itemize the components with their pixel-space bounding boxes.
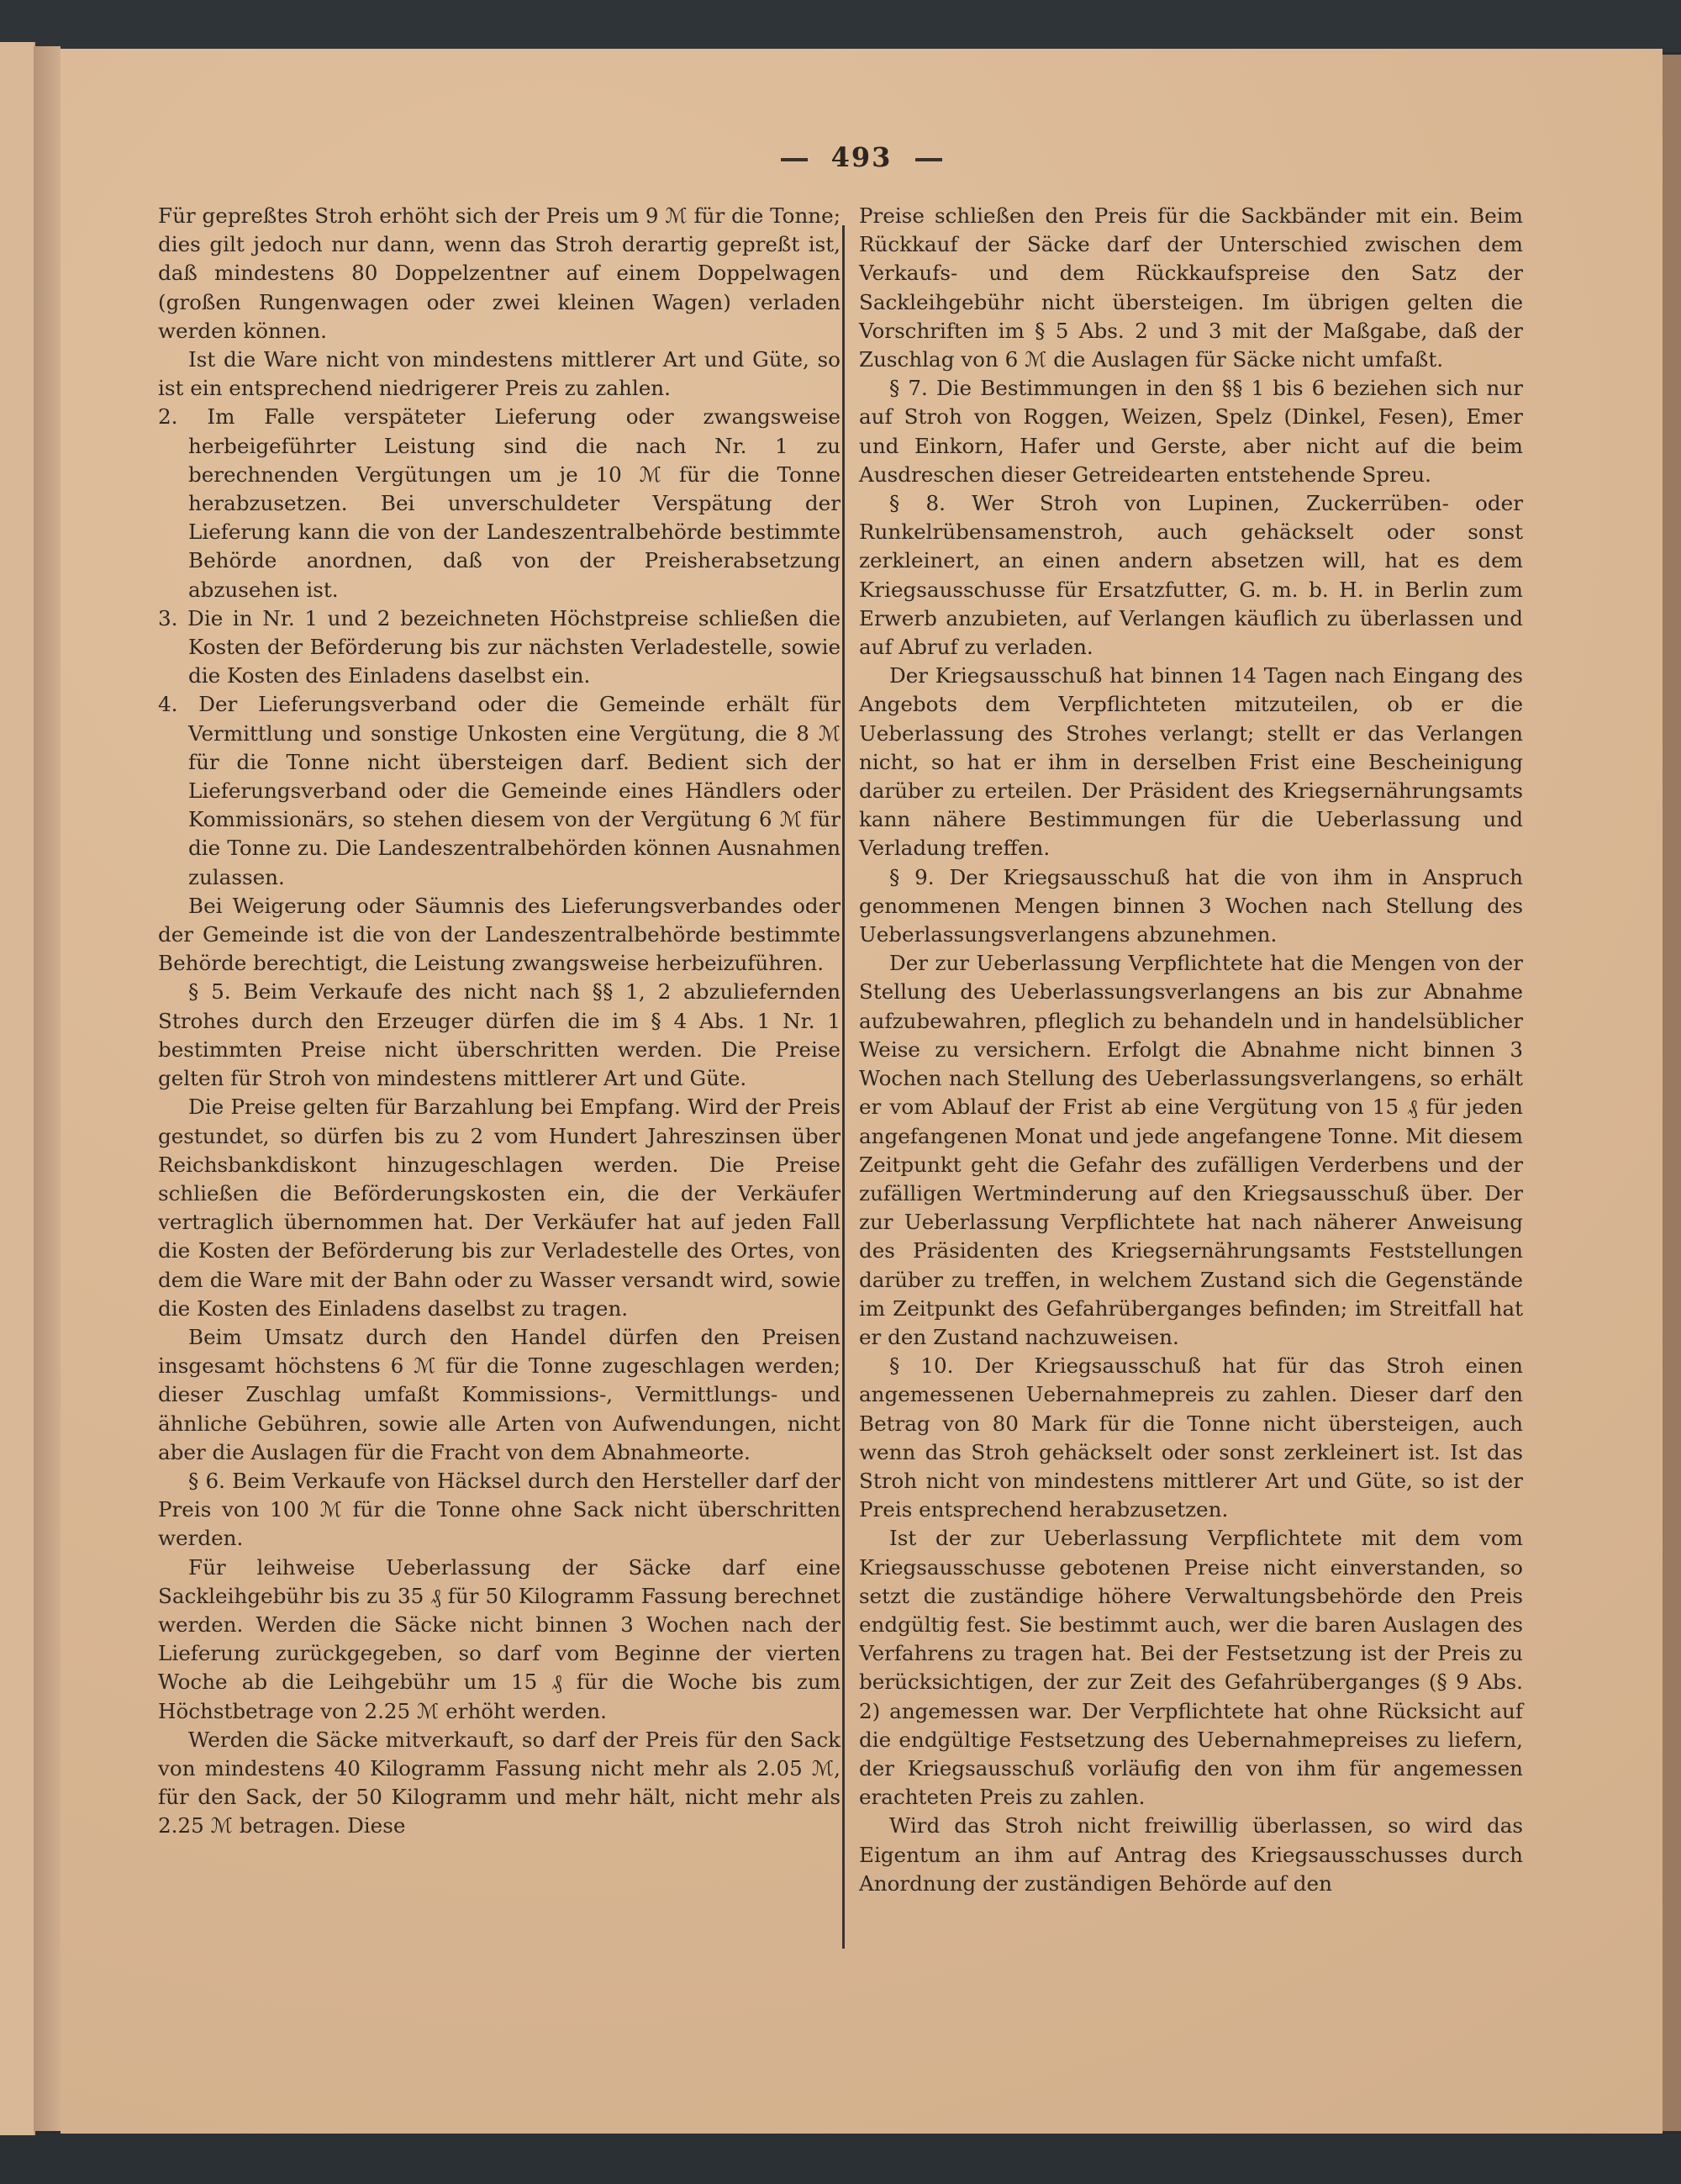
paragraph: Für gepreßtes Stroh erhöht sich der Prei…: [158, 202, 840, 346]
paragraph: Werden die Säcke mitverkauft, so darf de…: [158, 1726, 840, 1841]
section-6: § 6. Beim Verkaufe von Häcksel durch den…: [158, 1467, 840, 1554]
right-column: Preise schließen den Preis für die Sackb…: [859, 202, 1523, 1898]
list-item-4: 4. Der Lieferungsverband oder die Gemein…: [158, 690, 840, 891]
book-cover-top: [0, 0, 1681, 52]
page-number: 493: [831, 141, 893, 173]
book-cover-bottom: [0, 2134, 1681, 2184]
paragraph: Der zur Ueberlassung Verpflichtete hat d…: [859, 949, 1523, 1352]
paragraph: Beim Umsatz durch den Handel dürfen den …: [158, 1323, 840, 1467]
dash-left: [781, 158, 808, 161]
paragraph: Bei Weigerung oder Säumnis des Lieferung…: [158, 892, 840, 979]
section-10: § 10. Der Kriegsausschuß hat für das Str…: [859, 1352, 1523, 1524]
gutter-shadow: [34, 46, 61, 2131]
dash-right: [915, 158, 942, 161]
paragraph: Ist die Ware nicht von mindestens mittle…: [158, 346, 840, 403]
section-9: § 9. Der Kriegsausschuß hat die von ihm …: [859, 863, 1523, 950]
facing-page-edge: [0, 42, 35, 2135]
paragraph: Wird das Stroh nicht freiwillig überlass…: [859, 1812, 1523, 1898]
page-header: 493: [61, 141, 1663, 173]
left-column: Für gepreßtes Stroh erhöht sich der Prei…: [158, 202, 840, 1841]
section-5: § 5. Beim Verkaufe des nicht nach §§ 1, …: [158, 978, 840, 1093]
paragraph: Die Preise gelten für Barzahlung bei Emp…: [158, 1093, 840, 1323]
paragraph: Preise schließen den Preis für die Sackb…: [859, 202, 1523, 374]
column-divider: [842, 225, 845, 1949]
section-7: § 7. Die Bestimmungen in den §§ 1 bis 6 …: [859, 374, 1523, 489]
paragraph: Für leihweise Ueberlassung der Säcke dar…: [158, 1554, 840, 1726]
document-page: 493 Für gepreßtes Stroh erhöht sich der …: [61, 49, 1663, 2134]
paragraph: Der Kriegsausschuß hat binnen 14 Tagen n…: [859, 662, 1523, 863]
list-item-3: 3. Die in Nr. 1 und 2 bezeichneten Höchs…: [158, 604, 840, 691]
list-item-2: 2. Im Falle verspäteter Lieferung oder z…: [158, 403, 840, 604]
section-8: § 8. Wer Stroh von Lupinen, Zuckerrüben-…: [859, 489, 1523, 662]
paragraph: Ist der zur Ueberlassung Verpflichtete m…: [859, 1524, 1523, 1812]
